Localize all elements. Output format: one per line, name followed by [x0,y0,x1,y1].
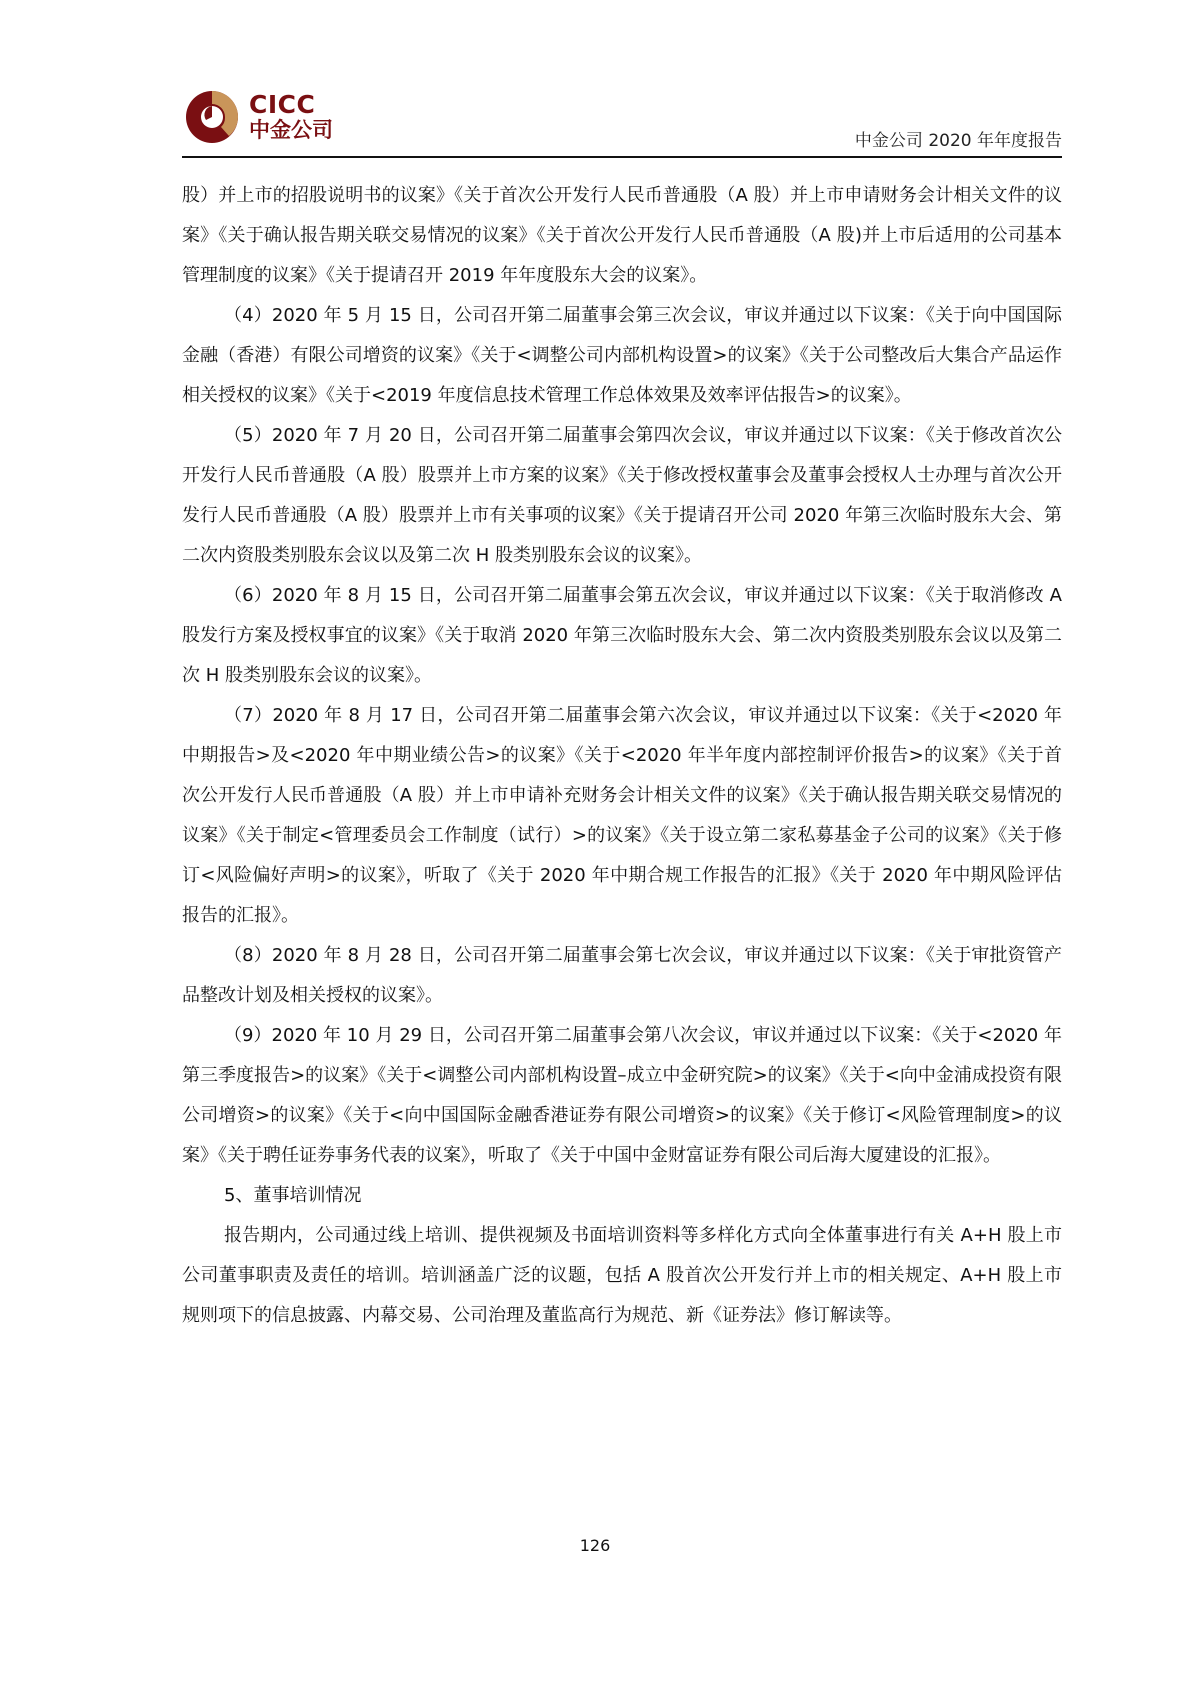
section-heading-director-training: 5、董事培训情况 [182,1176,1062,1216]
paragraph-meeting-9: （9）2020 年 10 月 29 日，公司召开第二届董事会第八次会议，审议并通… [182,1016,1062,1176]
logo-text-en: CICC [249,92,315,118]
header-divider [182,156,1062,158]
body-content: 股）并上市的招股说明书的议案》《关于首次公开发行人民币普通股（A 股）并上市申请… [182,176,1062,1336]
paragraph-continuation: 股）并上市的招股说明书的议案》《关于首次公开发行人民币普通股（A 股）并上市申请… [182,176,1062,296]
page-number: 126 [0,1536,1190,1555]
paragraph-director-training: 报告期内，公司通过线上培训、提供视频及书面培训资料等多样化方式向全体董事进行有关… [182,1216,1062,1336]
paragraph-meeting-7: （7）2020 年 8 月 17 日，公司召开第二届董事会第六次会议，审议并通过… [182,696,1062,936]
logo-text-cn: 中金公司 [249,118,333,142]
paragraph-meeting-8: （8）2020 年 8 月 28 日，公司召开第二届董事会第七次会议，审议并通过… [182,936,1062,1016]
report-title: 中金公司 2020 年年度报告 [855,130,1062,152]
cicc-logo: CICC 中金公司 [182,88,342,150]
paragraph-meeting-5: （5）2020 年 7 月 20 日，公司召开第二届董事会第四次会议，审议并通过… [182,416,1062,576]
page-header: CICC 中金公司 中金公司 2020 年年度报告 [182,88,1062,160]
cicc-logo-icon [185,90,239,144]
paragraph-meeting-6: （6）2020 年 8 月 15 日，公司召开第二届董事会第五次会议，审议并通过… [182,576,1062,696]
paragraph-meeting-4: （4）2020 年 5 月 15 日，公司召开第二届董事会第三次会议，审议并通过… [182,296,1062,416]
